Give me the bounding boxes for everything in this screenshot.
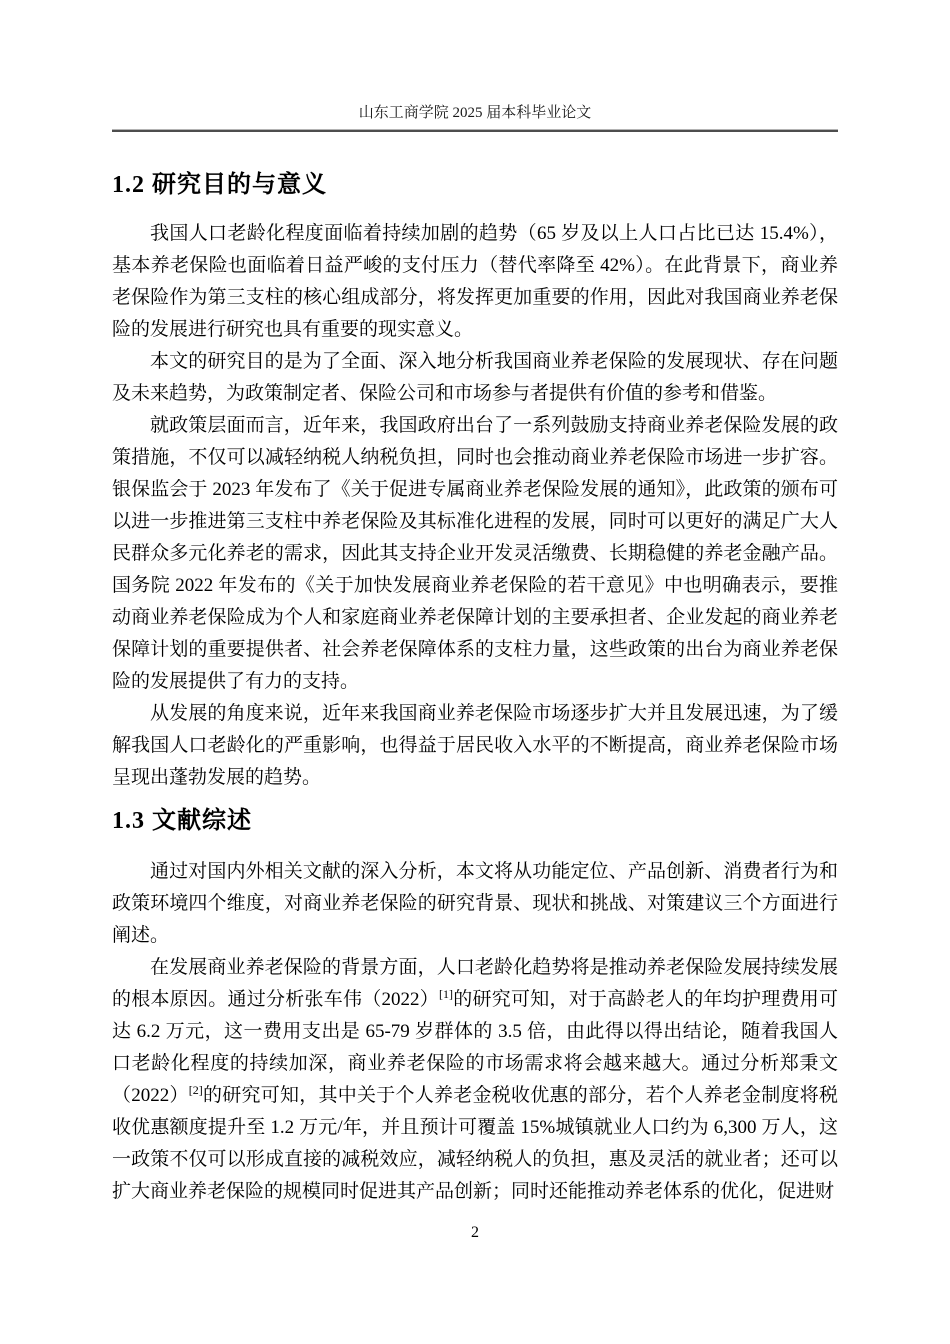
paragraph-development-view: 从发展的角度来说，近年来我国商业养老保险市场逐步扩大并且发展迅速，为了缓解我国人… [112,698,838,794]
text-run: 本文的研究目的是为了全面、深入地分析我国商业养老保险的发展现状、存在问题及未来趋… [112,351,838,404]
citation-ref-2: [2] [189,1083,203,1097]
paragraph-research-purpose: 本文的研究目的是为了全面、深入地分析我国商业养老保险的发展现状、存在问题及未来趋… [112,346,838,410]
page-footer: 2 [0,1222,950,1244]
text-run: 的研究可知，其中关于个人养老金税收优惠的部分，若个人养老金制度将税收优惠额度提升… [112,1085,838,1202]
paragraph-aging-trend: 我国人口老龄化程度面临着持续加剧的趋势（65 岁及以上人口占比已达 15.4%）… [112,218,838,346]
section-heading-1-2: 1.2 研究目的与意义 [112,170,838,200]
text-run: 通过对国内外相关文献的深入分析，本文将从功能定位、产品创新、消费者行为和政策环境… [112,861,838,946]
text-run: 从发展的角度来说，近年来我国商业养老保险市场逐步扩大并且发展迅速，为了缓解我国人… [112,703,838,788]
citation-ref-1: [1] [439,987,453,1001]
document-body: 1.2 研究目的与意义 我国人口老龄化程度面临着持续加剧的趋势（65 岁及以上人… [112,132,838,1208]
paragraph-literature-overview: 通过对国内外相关文献的深入分析，本文将从功能定位、产品创新、消费者行为和政策环境… [112,856,838,952]
text-run: 就政策层面而言，近年来，我国政府出台了一系列鼓励支持商业养老保险发展的政策措施，… [112,415,838,692]
paragraph-literature-detail: 在发展商业养老保险的背景方面，人口老龄化趋势将是推动养老保险发展持续发展的根本原… [112,952,838,1208]
page-number: 2 [471,1224,479,1241]
page-header: 山东工商学院 2025 届本科毕业论文 [112,0,838,132]
running-head: 山东工商学院 2025 届本科毕业论文 [112,0,838,129]
paragraph-policy-level: 就政策层面而言，近年来，我国政府出台了一系列鼓励支持商业养老保险发展的政策措施，… [112,410,838,698]
section-heading-1-3: 1.3 文献综述 [112,806,838,836]
thesis-page: 山东工商学院 2025 届本科毕业论文 1.2 研究目的与意义 我国人口老龄化程… [0,0,950,1344]
text-run: 我国人口老龄化程度面临着持续加剧的趋势（65 岁及以上人口占比已达 15.4%）… [112,223,838,340]
